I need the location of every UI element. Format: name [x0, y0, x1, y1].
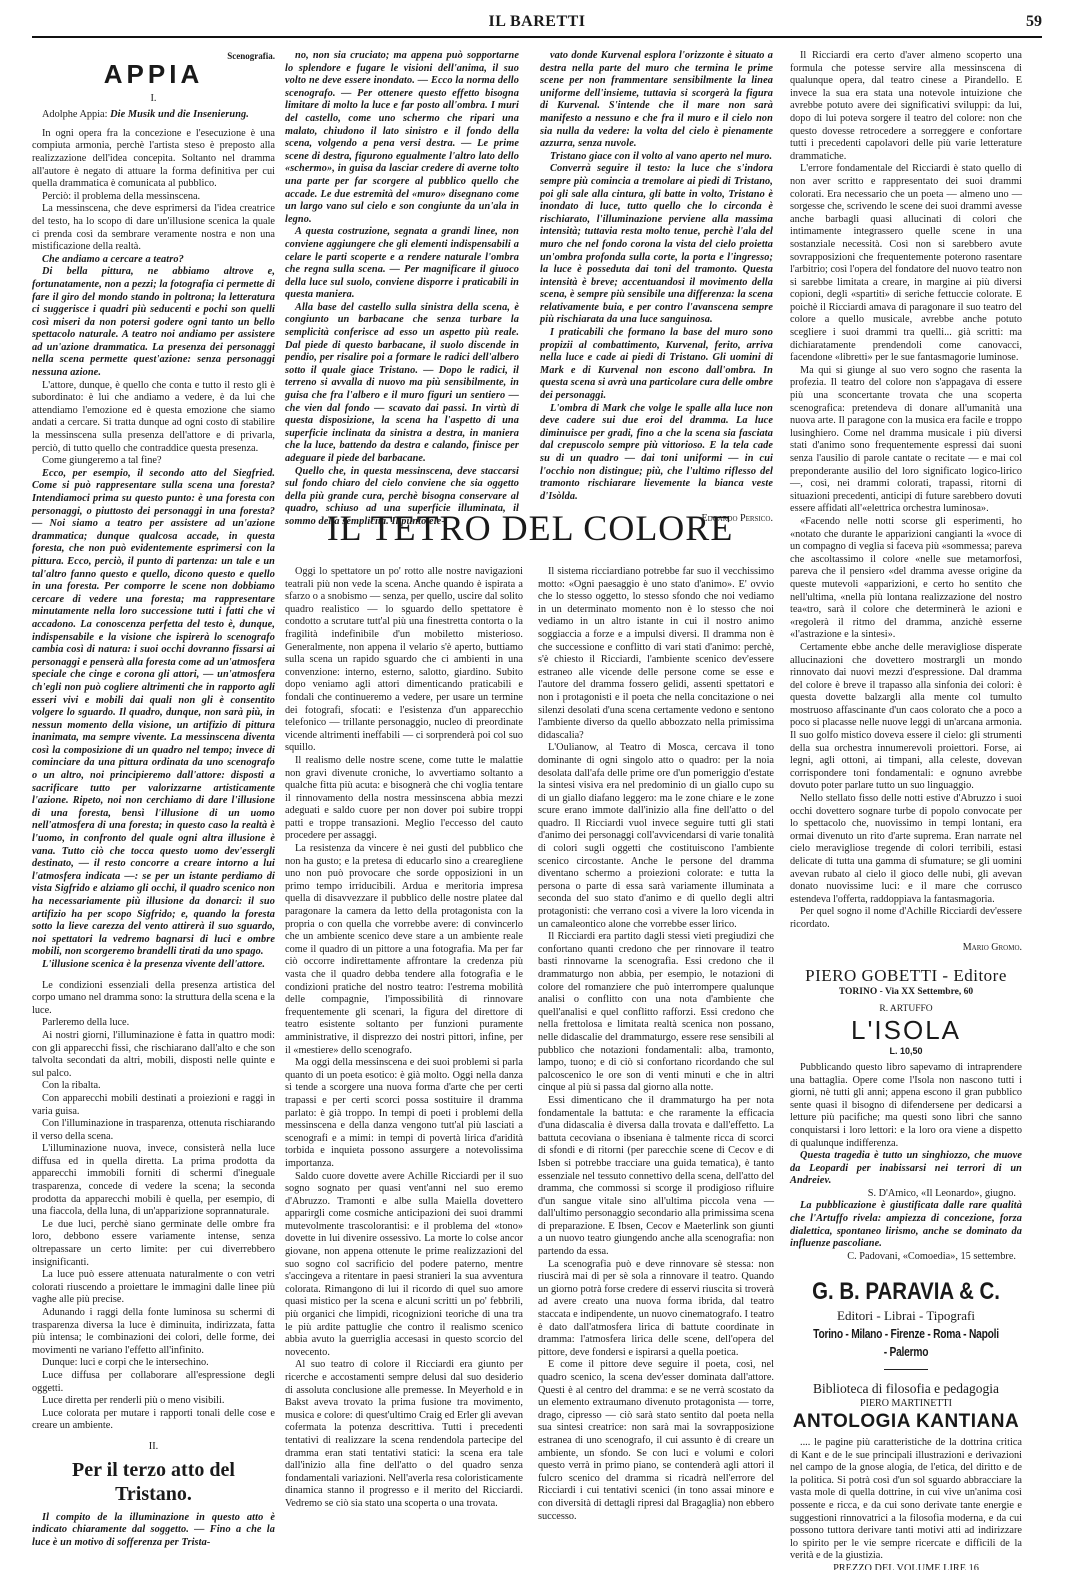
tetro-column-4: Il Ricciardi era certo d'aver almeno sco… [790, 50, 1022, 1570]
paragraph: Con la ribalta. [32, 1080, 275, 1093]
paragraph: no, non sia cruciato; ma appena può sopp… [285, 50, 519, 226]
paragraph: L'attore, dunque, è quello che conta e t… [32, 380, 275, 456]
book-price: L. 10,50 [790, 1045, 1022, 1058]
appia-column-1: Scenografia. APPIA I. Adolphe Appia: Die… [32, 50, 275, 1549]
paragraph: Il Ricciardi era certo d'aver almeno sco… [790, 50, 1022, 163]
paragraph: Il sistema ricciardiano potrebbe far suo… [538, 566, 774, 742]
paragraph: Luce diffusa per collaborare all'espress… [32, 1370, 275, 1395]
book-price: PREZZO DEL VOLUME LIRE 16 [790, 1563, 1022, 1570]
appia-column-3: vato donde Kurvenal esplora l'orizzonte … [540, 50, 773, 526]
paragraph: La resistenza da vincere è nei gusti del… [285, 843, 523, 1057]
paragraph: Con l'illuminazione in trasparenza, otte… [32, 1118, 275, 1143]
paragraph: Certamente ebbe anche delle meravigliose… [790, 642, 1022, 793]
publisher-name: PIERO GOBETTI - Editore [790, 966, 1022, 986]
appia-col3-body: vato donde Kurvenal esplora l'orizzonte … [540, 50, 773, 503]
tetro-col2-body: Oggi lo spettatore un po' rotto alle nos… [285, 566, 523, 1511]
page-number: 59 [1026, 16, 1042, 29]
tetro-col4-body: Il Ricciardi era certo d'aver almeno sco… [790, 50, 1022, 932]
book-title: ANTOLOGIA KANTIANA [790, 1411, 1022, 1433]
review-quote-1: Questa tragedia è tutto un singhiozzo, c… [790, 1150, 1022, 1188]
paragraph: Il realismo delle nostre scene, come tut… [285, 755, 523, 843]
paragraph: Converrà seguire il testo: la luce che s… [540, 163, 773, 327]
paragraph: La messinscena, che deve esprimersi da l… [32, 203, 275, 253]
paragraph: Le due luci, perchè siano germinate dell… [32, 1219, 275, 1269]
appia-col1-body: In ogni opera fra la concezione e l'esec… [32, 128, 275, 1433]
divider [884, 1369, 928, 1370]
paragraph: Nello stellato fisso delle notti estive … [790, 793, 1022, 906]
author-signature-gromo: Mario Gromo. [790, 942, 1022, 955]
paragraph: I praticabili che formano la base del mu… [540, 327, 773, 403]
ad-blurb: .... le pagine più caratteristiche de la… [790, 1437, 1022, 1563]
appia-column-2: no, non sia cruciato; ma appena può sopp… [285, 50, 519, 529]
paragraph: La scenografia può e deve rinnovare sè s… [538, 1259, 774, 1360]
paragraph: Essi dimenticano che il drammaturgo ha p… [538, 1095, 774, 1259]
paragraph: In ogni opera fra la concezione e l'esec… [32, 128, 275, 191]
paragraph: Adunando i raggi della fonte luminosa su… [32, 1307, 275, 1357]
advertisement-paravia: G. B. PARAVIA & C. Editori - Librai - Ti… [790, 1277, 1022, 1433]
paragraph: Dunque: luci e corpi che le intersechino… [32, 1357, 275, 1370]
paragraph: Con apparecchi mobili destinati a proiez… [32, 1093, 275, 1118]
book-series: Biblioteca di filosofia e pedagogia [790, 1380, 1022, 1398]
paragraph: Le condizioni essenziali della presenza … [32, 980, 275, 1018]
advertisement-gobetti: PIERO GOBETTI - Editore TORINO - Via XX … [790, 966, 1022, 1058]
paragraph: Perciò: il problema della messinscena. [32, 191, 275, 204]
tetro-column-3: Il sistema ricciardiano potrebbe far suo… [538, 566, 774, 1523]
paragraph: Alla base del castello sulla sinistra de… [285, 302, 519, 466]
paragraph: L'Oulianow, al Teatro di Mosca, cercava … [538, 742, 774, 931]
review-quote-2: La pubblicazione è giustificata dalle ra… [790, 1200, 1022, 1250]
paragraph: Il Ricciardi era partito dagli stessi vi… [538, 931, 774, 1095]
masthead: IL BARETTI 59 [32, 14, 1042, 38]
tetro-col3-body: Il sistema ricciardiano potrebbe far suo… [538, 566, 774, 1523]
paragraph: Ai nostri giorni, l'illuminazione è fatt… [32, 1030, 275, 1080]
paragraph: Oggi lo spettatore un po' rotto alle nos… [285, 566, 523, 755]
paragraph: Per quel sogno il nome d'Achille Ricciar… [790, 906, 1022, 931]
paravia-subtitle: Editori - Librai - Tipografi [790, 1307, 1022, 1325]
tristano-intro: Il compito de la illuminazione in questo… [32, 1512, 275, 1550]
paragraph: La luce può essere attenuata naturalment… [32, 1269, 275, 1307]
paragraph: Ecco, per esempio, il secondo atto del S… [32, 468, 275, 959]
article-title-tetro: IL TETRO DEL COLORE [285, 508, 775, 548]
paragraph: Come giungeremo a tal fine? [32, 455, 275, 468]
newspaper-title: IL BARETTI [32, 16, 1042, 29]
review-source-2: C. Padovani, «Comoedia», 15 settembre. [790, 1251, 1016, 1264]
paragraph: L'errore fondamentale del Ricciardi è st… [790, 163, 1022, 365]
tetro-column-2: Oggi lo spettatore un po' rotto alle nos… [285, 566, 523, 1511]
article-title-appia: APPIA [32, 59, 275, 89]
paragraph: Di bella pittura, ne abbiamo altrove e, … [32, 266, 275, 379]
part-number-2: II. [32, 1441, 275, 1454]
paragraph: Ma qui si giunge al suo vero sogno che r… [790, 365, 1022, 516]
book-title: L'ISOLA [790, 1015, 1022, 1045]
paragraph: Parleremo della luce. [32, 1017, 275, 1030]
book-author: PIERO MARTINETTI [790, 1398, 1022, 1411]
paravia-name: G. B. PARAVIA & C. [807, 1277, 1004, 1307]
appia-intro: Adolphe Appia: Die Musik und die Insenie… [32, 109, 275, 122]
paragraph: L'illusione scenica è la presenza vivent… [32, 959, 275, 972]
paragraph: Ma oggi della messinscena e dei suoi pro… [285, 1057, 523, 1170]
paragraph: Luce colorata per mutare i rapporti tona… [32, 1408, 275, 1433]
paragraph: Saldo cuore dovette avere Achille Riccia… [285, 1171, 523, 1360]
publisher-address: TORINO - Via XX Settembre, 60 [790, 986, 1022, 999]
paragraph: vato donde Kurvenal esplora l'orizzonte … [540, 50, 773, 151]
paravia-cities: Torino - Milano - Firenze - Roma - Napol… [811, 1325, 1001, 1361]
paragraph: Che andiamo a cercare a teatro? [32, 254, 275, 267]
paragraph: Al suo teatro di colore il Ricciardi era… [285, 1359, 523, 1510]
paragraph: L'ombra di Mark che volge le spalle alla… [540, 403, 773, 504]
intro-author: Adolphe Appia: [42, 109, 108, 120]
book-author: R. ARTUFFO [790, 1003, 1022, 1016]
paragraph: A questa costruzione, segnata a grandi l… [285, 226, 519, 302]
subtitle-tristano: Per il terzo atto del Tristano. [32, 1458, 275, 1506]
part-number-1: I. [32, 93, 275, 106]
review-source-1: S. D'Amico, «Il Leonardo», giugno. [790, 1188, 1016, 1201]
intro-work: Die Musik und die Insenierung. [110, 109, 249, 120]
paragraph: Luce diretta per renderli più o meno vis… [32, 1395, 275, 1408]
paragraph: L'illuminazione nuova, invece, consister… [32, 1143, 275, 1219]
ad-blurb: Pubblicando questo libro sapevamo di int… [790, 1062, 1022, 1150]
appia-col2-body: no, non sia cruciato; ma appena può sopp… [285, 50, 519, 529]
paragraph: E come il pittore deve seguire il poeta,… [538, 1359, 774, 1523]
paragraph: Tristano giace con il volto al vano aper… [540, 151, 773, 164]
paragraph: «Facendo nelle notti scorse gli esperime… [790, 516, 1022, 642]
